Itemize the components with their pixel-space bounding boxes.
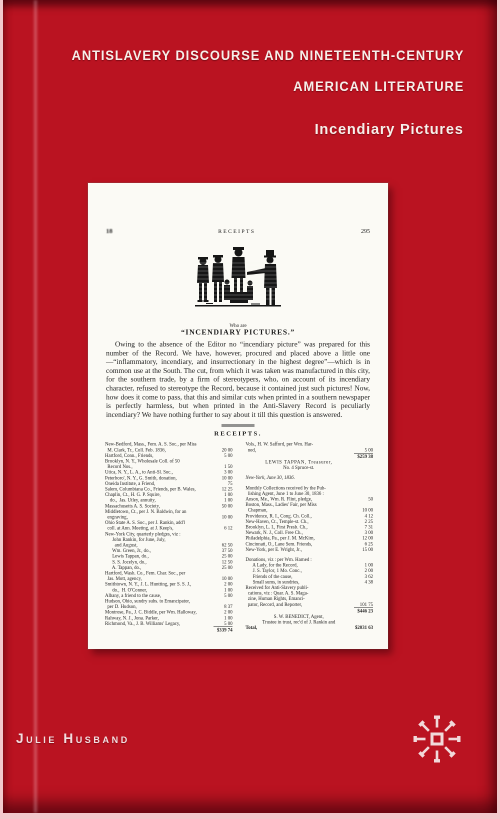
page-header: 18 RECEIPTS 295 <box>106 227 370 235</box>
ledger-row: $339 74 <box>105 627 233 634</box>
receipts-ledger: New-Bedford, Mass., Fem. A. S. Soc., per… <box>105 442 373 633</box>
receipts-ledger-right-column: Vols., H. W. Safford, per Wm. Har- ned, … <box>246 442 374 633</box>
editorial-paragraph: Owing to the absence of the Editor no “i… <box>106 341 370 420</box>
receipts-heading: RECEIPTS. <box>88 430 388 438</box>
ledger-row: Total, $2031 63 <box>246 625 374 631</box>
book-title: ANTISLAVERY DISCOURSE AND NINETEENTH-CEN… <box>51 40 464 102</box>
title-line-1: ANTISLAVERY DISCOURSE AND NINETEENTH-CEN… <box>71 40 464 71</box>
ledger-row: $446 23 <box>246 607 374 614</box>
cover-background: ANTISLAVERY DISCOURSE AND NINETEENTH-CEN… <box>3 0 497 813</box>
document-page-image: 18 RECEIPTS 295 <box>88 183 388 649</box>
section-divider <box>222 425 255 428</box>
woodcut-engraving <box>88 246 388 324</box>
page-number-right: 295 <box>361 228 370 236</box>
ledger-row: New-York, per E. Wright, Jr., 15 00 <box>246 547 374 553</box>
title-line-2: AMERICAN LITERATURE <box>71 71 464 102</box>
engraving-caption-main: “INCENDIARY PICTURES.” <box>88 329 388 337</box>
book-subtitle: Incendiary Pictures <box>315 121 464 138</box>
spine-highlight <box>34 0 37 813</box>
slave-auction-woodcut-icon <box>191 246 285 321</box>
author-name: Julie Husband <box>16 731 130 746</box>
palgrave-starburst-logo-icon <box>413 715 461 763</box>
page-number-left: 18 <box>106 227 113 235</box>
receipts-ledger-left-column: New-Bedford, Mass., Fem. A. S. Soc., per… <box>105 442 233 633</box>
running-head: RECEIPTS <box>218 229 255 235</box>
document-page-content: 18 RECEIPTS 295 <box>88 227 388 649</box>
book-cover: ANTISLAVERY DISCOURSE AND NINETEENTH-CEN… <box>0 0 500 819</box>
